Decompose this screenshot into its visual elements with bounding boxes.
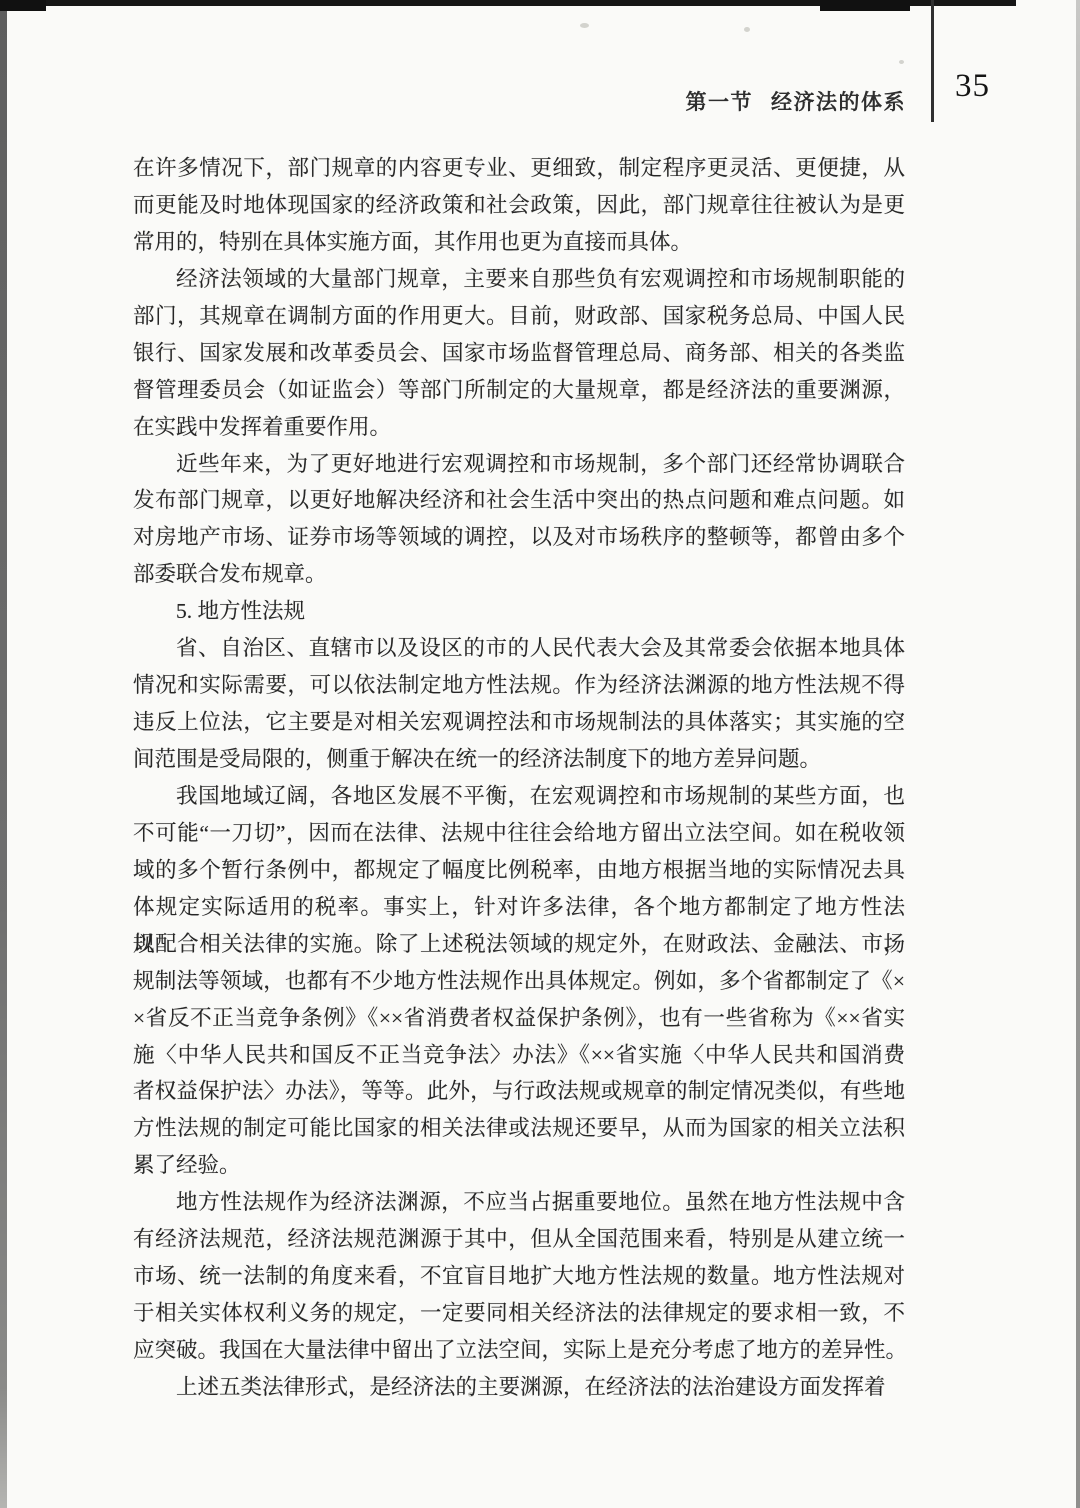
text-line: 有经济法规范，经济法规范渊源于其中，但从全国范围来看，特别是从建立统一 — [133, 1221, 905, 1258]
text-line: 应突破。我国在大量法律中留出了立法空间，实际上是充分考虑了地方的差异性。 — [133, 1332, 905, 1369]
text-line: 发布部门规章，以更好地解决经济和社会生活中突出的热点问题和难点问题。如 — [133, 482, 905, 519]
text-line: 在许多情况下，部门规章的内容更专业、更细致，制定程序更灵活、更便捷，从 — [133, 150, 905, 187]
section-title: 经济法的体系 — [771, 91, 906, 114]
text-line: 违反上位法，它主要是对相关宏观调控法和市场规制法的具体落实；其实施的空 — [133, 704, 905, 741]
scan-edge-right — [1076, 0, 1080, 1508]
text-line: 域的多个暂行条例中，都规定了幅度比例税率，由地方根据当地的实际情况去具 — [133, 852, 905, 889]
text-line: 对房地产市场、证券市场等领域的调控，以及对市场秩序的整顿等，都曾由多个 — [133, 519, 905, 556]
text-line: 省、自治区、直辖市以及设区的市的人民代表大会及其常委会依据本地具体 — [133, 630, 905, 667]
text-line: ×省反不正当竞争条例》《××省消费者权益保护条例》，也有一些省称为《××省实 — [133, 1000, 905, 1037]
scanned-page: 第一节经济法的体系 35 在许多情况下，部门规章的内容更专业、更细致，制定程序更… — [0, 0, 1080, 1508]
text-line: 部委联合发布规章。 — [133, 556, 905, 593]
page-number: 35 — [955, 68, 1015, 105]
text-line: 常用的，特别在具体实施方面，其作用也更为直接而具体。 — [133, 224, 905, 261]
text-line: 间范围是受局限的，侧重于解决在统一的经济法制度下的地方差异问题。 — [133, 741, 905, 778]
text-line: 近些年来，为了更好地进行宏观调控和市场规制，多个部门还经常协调联合 — [133, 446, 905, 483]
scan-speck — [899, 60, 904, 64]
text-line: 部门，其规章在调制方面的作用更大。目前，财政部、国家税务总局、中国人民 — [133, 298, 905, 335]
text-line: 我国地域辽阔，各地区发展不平衡，在宏观调控和市场规制的某些方面，也 — [133, 778, 905, 815]
text-line: 不可能“一刀切”，因而在法律、法规中往往会给地方留出立法空间。如在税收领 — [133, 815, 905, 852]
section-label: 第一节 — [686, 91, 754, 114]
text-line: 督管理委员会（如证监会）等部门所制定的大量规章，都是经济法的重要渊源， — [133, 372, 905, 409]
scan-speck — [580, 23, 589, 28]
scan-bar-blob-mid — [820, 0, 910, 11]
running-header: 第一节经济法的体系 — [686, 86, 907, 116]
text-line: 方性法规的制定可能比国家的相关法律或法规还要早，从而为国家的相关立法积 — [133, 1110, 905, 1147]
scan-edge-left — [0, 0, 7, 1508]
text-line: 而更能及时地体现国家的经济政策和社会政策，因此，部门规章往往被认为是更 — [133, 187, 905, 224]
list-heading-line: 5. 地方性法规 — [133, 593, 905, 630]
text-line: 情况和实际需要，可以依法制定地方性法规。作为经济法渊源的地方性法规不得 — [133, 667, 905, 704]
text-line: 以配合相关法律的实施。除了上述税法领域的规定外，在财政法、金融法、市场 — [133, 926, 905, 963]
scan-bar-blob-left — [0, 0, 46, 11]
text-line: 体规定实际适用的税率。事实上，针对许多法律，各个地方都制定了地方性法规， — [133, 889, 905, 926]
text-line: 市场、统一法制的角度来看，不宜盲目地扩大地方性法规的数量。地方性法规对 — [133, 1258, 905, 1295]
text-line: 于相关实体权利义务的规定，一定要同相关经济法的法律规定的要求相一致，不 — [133, 1295, 905, 1332]
body-text-block: 在许多情况下，部门规章的内容更专业、更细致，制定程序更灵活、更便捷，从而更能及时… — [133, 150, 905, 1406]
text-line: 规制法等领域，也都有不少地方性法规作出具体规定。例如，多个省都制定了《× — [133, 963, 905, 1000]
text-line: 施〈中华人民共和国反不正当竞争法〉办法》《××省实施〈中华人民共和国消费 — [133, 1037, 905, 1074]
scan-speck — [744, 27, 750, 32]
text-line: 累了经验。 — [133, 1147, 905, 1184]
text-line: 上述五类法律形式，是经济法的主要渊源，在经济法的法治建设方面发挥着 — [133, 1369, 905, 1406]
text-line: 银行、国家发展和改革委员会、国家市场监督管理总局、商务部、相关的各类监 — [133, 335, 905, 372]
text-line: 经济法领域的大量部门规章，主要来自那些负有宏观调控和市场规制职能的 — [133, 261, 905, 298]
text-line: 地方性法规作为经济法渊源，不应当占据重要地位。虽然在地方性法规中含 — [133, 1184, 905, 1221]
text-line: 者权益保护法〉办法》，等等。此外，与行政法规或规章的制定情况类似，有些地 — [133, 1073, 905, 1110]
header-divider-rule — [931, 0, 934, 122]
text-line: 在实践中发挥着重要作用。 — [133, 409, 905, 446]
